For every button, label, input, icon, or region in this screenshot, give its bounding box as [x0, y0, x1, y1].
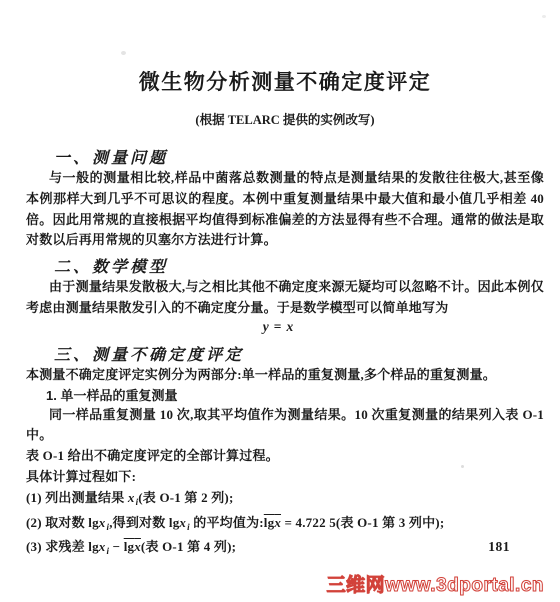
formula-equals-sign: =	[274, 319, 282, 334]
calc-step-1: (1) 列出测量结果 xi(表 O-1 第 2 列);	[26, 488, 544, 513]
step2-mean-overline: lgx	[264, 515, 281, 530]
step2-text-2: ,得到对数 lg	[109, 515, 179, 530]
scan-artifact	[542, 15, 546, 18]
step3-minus-sign: −	[109, 539, 124, 554]
section-heading-math-model: 二、数学模型	[54, 254, 544, 277]
section-heading-measurement-problem: 一、测量问题	[54, 145, 544, 168]
step2-variable-1: x	[99, 515, 106, 530]
calc-step-3: (3) 求残差 lgxi − lgx(表 O-1 第 4 列);	[26, 537, 544, 562]
step3-mean-var: x	[134, 539, 141, 554]
section-heading-uncertainty-evaluation: 三、测量不确定度评定	[54, 342, 544, 365]
subsection-heading-single-sample: 1. 单一样品的重复测量	[46, 387, 544, 405]
formula-lhs: y	[263, 319, 269, 334]
step3-variable-1: x	[99, 539, 106, 554]
paragraph-evaluation-intro: 本测量不确定度评定实例分为两部分:单一样品的重复测量,多个样品的重复测量。	[26, 365, 544, 386]
step2-mean-var: x	[274, 515, 281, 530]
paragraph-measurement-problem: 与一般的测量相比较,样品中菌落总数测量的特点是测量结果的发散往往极大,甚至像本例…	[26, 168, 544, 251]
step1-text-post: (表 O-1 第 2 列);	[138, 490, 233, 505]
watermark-3dportal: 三维网www.3dportal.cn	[327, 570, 544, 597]
scan-artifact	[461, 465, 464, 468]
document-title: 微生物分析测量不确定度评定	[26, 66, 544, 96]
step2-text-3: 的平均值为:	[190, 515, 264, 530]
calc-step-2: (2) 取对数 lgxi,得到对数 lgxi 的平均值为:lgx = 4.722…	[26, 513, 544, 538]
document-subtitle: (根据 TELARC 提供的实例改写)	[26, 110, 544, 128]
step1-text: (1) 列出测量结果	[26, 490, 128, 505]
step2-mean-fn: lg	[264, 515, 275, 530]
step1-variable: x	[128, 490, 135, 505]
page-number: 181	[488, 539, 510, 555]
math-formula: y=x	[26, 319, 530, 335]
paragraph-math-model: 由于测量结果发散极大,与之相比其他不确定度来源无疑均可以忽略不计。因此本例仅考虑…	[26, 277, 544, 319]
formula-rhs: x	[286, 319, 293, 334]
paragraph-repeat-measurement: 同一样品重复测量 10 次,取其平均值作为测量结果。10 次重复测量的结果列入表…	[26, 405, 544, 447]
paragraph-calc-process: 具体计算过程如下:	[26, 467, 544, 488]
step2-text-1: (2) 取对数 lg	[26, 515, 99, 530]
step2-variable-2: x	[179, 515, 186, 530]
paragraph-table-reference: 表 O-1 给出不确定度评定的全部计算过程。	[26, 446, 544, 467]
step2-text-4: = 4.722 5(表 O-1 第 3 列中);	[281, 515, 444, 530]
step3-mean-fn: lg	[124, 539, 135, 554]
step3-text-3: (表 O-1 第 4 列);	[141, 539, 236, 554]
step3-text-1: (3) 求残差 lg	[26, 539, 99, 554]
scan-artifact	[121, 51, 126, 55]
document-page: 微生物分析测量不确定度评定 (根据 TELARC 提供的实例改写) 一、测量问题…	[0, 0, 560, 602]
step3-mean-overline: lgx	[124, 539, 141, 554]
